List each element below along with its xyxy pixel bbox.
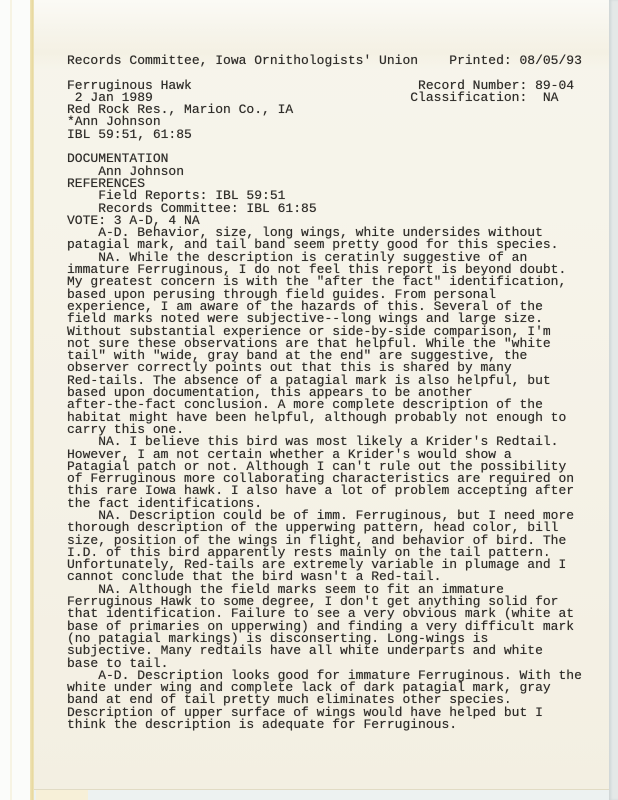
typewritten-document-text: Records Committee, Iowa Ornithologists' … (67, 55, 582, 731)
text-line-0: Records Committee, Iowa Ornithologists' … (67, 55, 582, 67)
scan-bottom-band (34, 790, 609, 800)
scan-left-faint-line (10, 0, 12, 800)
scanned-document-page: Records Committee, Iowa Ornithologists' … (0, 0, 618, 800)
scan-left-margin (0, 0, 30, 800)
text-line-6: IBL 59:51, 61:85 (67, 129, 582, 141)
page-binding-edge-line (30, 0, 34, 800)
scan-bottom-left-patch (36, 790, 88, 800)
text-line-54: think the description is adequate for Fe… (67, 719, 582, 731)
scan-right-edge (609, 0, 618, 800)
